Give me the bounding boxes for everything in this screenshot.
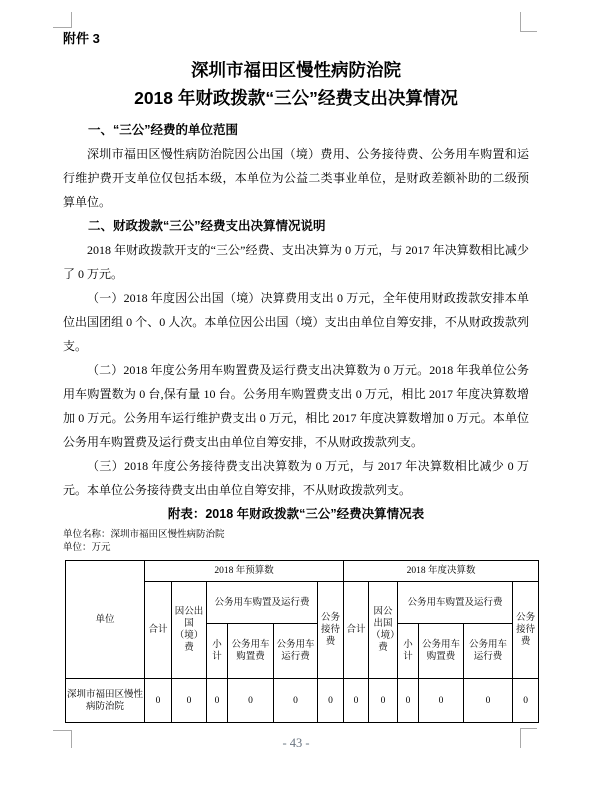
- document-page: 附件 3 深圳市福田区慢性病防治院 2018 年财政拨款“三公”经费支出决算情况…: [0, 0, 592, 786]
- table-row-unit-name: 深圳市福田区慢性病防治院: [66, 679, 145, 723]
- table-unit-name-line: 单位名称：深圳市福田区慢性病防治院: [63, 529, 529, 542]
- document-title-line1: 深圳市福田区慢性病防治院: [63, 56, 529, 84]
- table-cell-value: 0: [464, 679, 513, 723]
- table-cell-value: 0: [207, 679, 228, 723]
- section-2-heading: 二、财政拨款“三公”经费支出决算情况说明: [63, 214, 529, 238]
- table-header-budget-abroad: 因公出国（境）费: [172, 582, 207, 679]
- table-cell-value: 0: [344, 679, 369, 723]
- table-header-final-vehicle-group: 公务用车购置及运行费: [398, 582, 513, 624]
- table-header-group-budget: 2018 年预算数: [145, 561, 344, 582]
- section-2-paragraph-2: （一）2018 年度因公出国（境）决算费用支出 0 万元，全年使用财政拨款安排本…: [63, 286, 529, 358]
- section-2-paragraph-4: （三）2018 年度公务接待费支出决算数为 0 万元，与 2017 年决算数相比…: [63, 454, 529, 502]
- table-header-unit: 单位: [66, 561, 145, 679]
- table-cell-value: 0: [172, 679, 207, 723]
- table-cell-value: 0: [369, 679, 398, 723]
- table-cell-value: 0: [145, 679, 172, 723]
- table-caption: 附表：2018 年财政拨款“三公”经费决算情况表: [63, 502, 529, 526]
- table-header-budget-reception: 公务接待费: [318, 582, 344, 679]
- table-header-final-total: 合计: [344, 582, 369, 679]
- table-row: 深圳市福田区慢性病防治院 0 0 0 0 0 0 0 0 0 0 0 0: [66, 679, 539, 723]
- document-content: 附件 3 深圳市福田区慢性病防治院 2018 年财政拨款“三公”经费支出决算情况…: [63, 30, 529, 751]
- table-cell-value: 0: [318, 679, 344, 723]
- crop-mark-top-right: [520, 12, 537, 32]
- table-header-final-subtotal: 小计: [398, 624, 419, 679]
- table-header-final-vehicle-purchase: 公务用车购置费: [419, 624, 464, 679]
- table-header-budget-total: 合计: [145, 582, 172, 679]
- table-cell-value: 0: [228, 679, 274, 723]
- section-1-heading: 一、“三公”经费的单位范围: [63, 118, 529, 142]
- table-cell-value: 0: [274, 679, 318, 723]
- table-header-budget-vehicle-operation: 公务用车运行费: [274, 624, 318, 679]
- table-cell-value: 0: [513, 679, 539, 723]
- section-2-paragraph-3: （二）2018 年度公务用车购置费及运行费支出决算数为 0 万元。2018 年我…: [63, 358, 529, 454]
- table-cell-value: 0: [419, 679, 464, 723]
- document-title-line2: 2018 年财政拨款“三公”经费支出决算情况: [63, 84, 529, 112]
- section-2-paragraph-1: 2018 年财政拨款开支的“三公”经费、支出决算为 0 万元，与 2017 年决…: [63, 238, 529, 286]
- crop-mark-top-left: [53, 12, 72, 28]
- table-header-group-final: 2018 年度决算数: [344, 561, 539, 582]
- table-header-budget-subtotal: 小计: [207, 624, 228, 679]
- attachment-label: 附件 3: [63, 30, 529, 48]
- table-header-final-reception: 公务接待费: [513, 582, 539, 679]
- section-1-paragraph-1: 深圳市福田区慢性病防治院因公出国（境）费用、公务接待费、公务用车购置和运行维护费…: [63, 142, 529, 214]
- table-cell-value: 0: [398, 679, 419, 723]
- table-header-final-vehicle-operation: 公务用车运行费: [464, 624, 513, 679]
- table-unit-line: 单位：万元: [63, 542, 529, 555]
- table-header-budget-vehicle-group: 公务用车购置及运行费: [207, 582, 318, 624]
- table-header-final-abroad: 因公出国（境）费: [369, 582, 398, 679]
- sangong-expense-table: 单位 2018 年预算数 2018 年度决算数 合计 因公出国（境）费 公务用车…: [65, 560, 539, 723]
- page-number: - 43 -: [63, 735, 529, 751]
- table-header-budget-vehicle-purchase: 公务用车购置费: [228, 624, 274, 679]
